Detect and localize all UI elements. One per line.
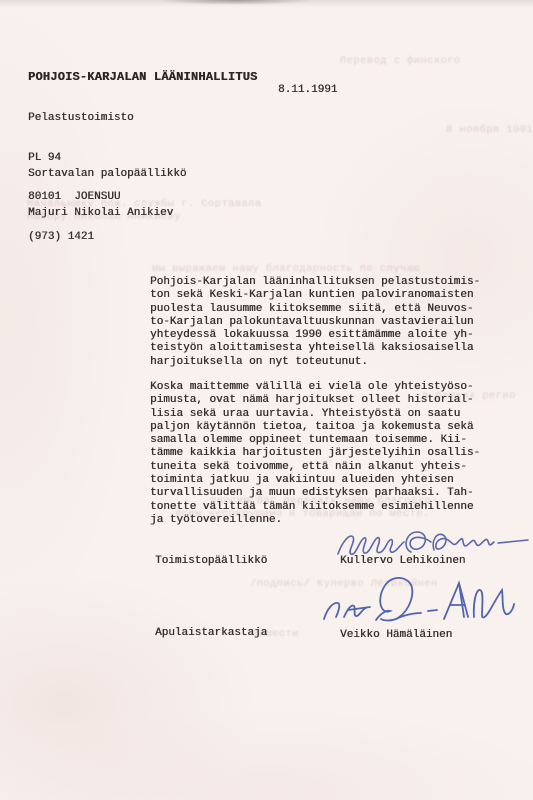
body-paragraph-1: Pohjois-Karjalan lääninhallituksen pelas… [150, 276, 480, 369]
department-line: Pelastustoimisto [28, 112, 257, 125]
recipient-block: Sortavalan palopäällikkö Majuri Nikolai … [28, 141, 186, 247]
signer-2-title: Apulaistarkastaja [155, 627, 267, 640]
body-paragraph-2: Koska maittemme välillä ei vielä ole yht… [150, 381, 480, 527]
recipient-title-line: Sortavalan palopäällikkö [28, 168, 186, 181]
handwritten-signature-kullervo-lehikoinen [334, 528, 532, 560]
scanned-letter-page: Перевод с финского 8 ноября 1991 года На… [0, 0, 533, 800]
bleed-through-text: 8 ноября 1991 года [446, 124, 533, 137]
recipient-name-line: Majuri Nikolai Anikiev [28, 207, 186, 220]
handwritten-signature-veikko-hamalainen [318, 575, 518, 631]
bleed-through-text: Перевод с финского [340, 55, 461, 68]
organization-name: POHJOIS-KARJALAN LÄÄNINHALLITUS [28, 71, 257, 85]
letter-date: 8.11.1991 [278, 84, 337, 97]
signer-1-title: Toimistopäällikkö [155, 555, 267, 568]
